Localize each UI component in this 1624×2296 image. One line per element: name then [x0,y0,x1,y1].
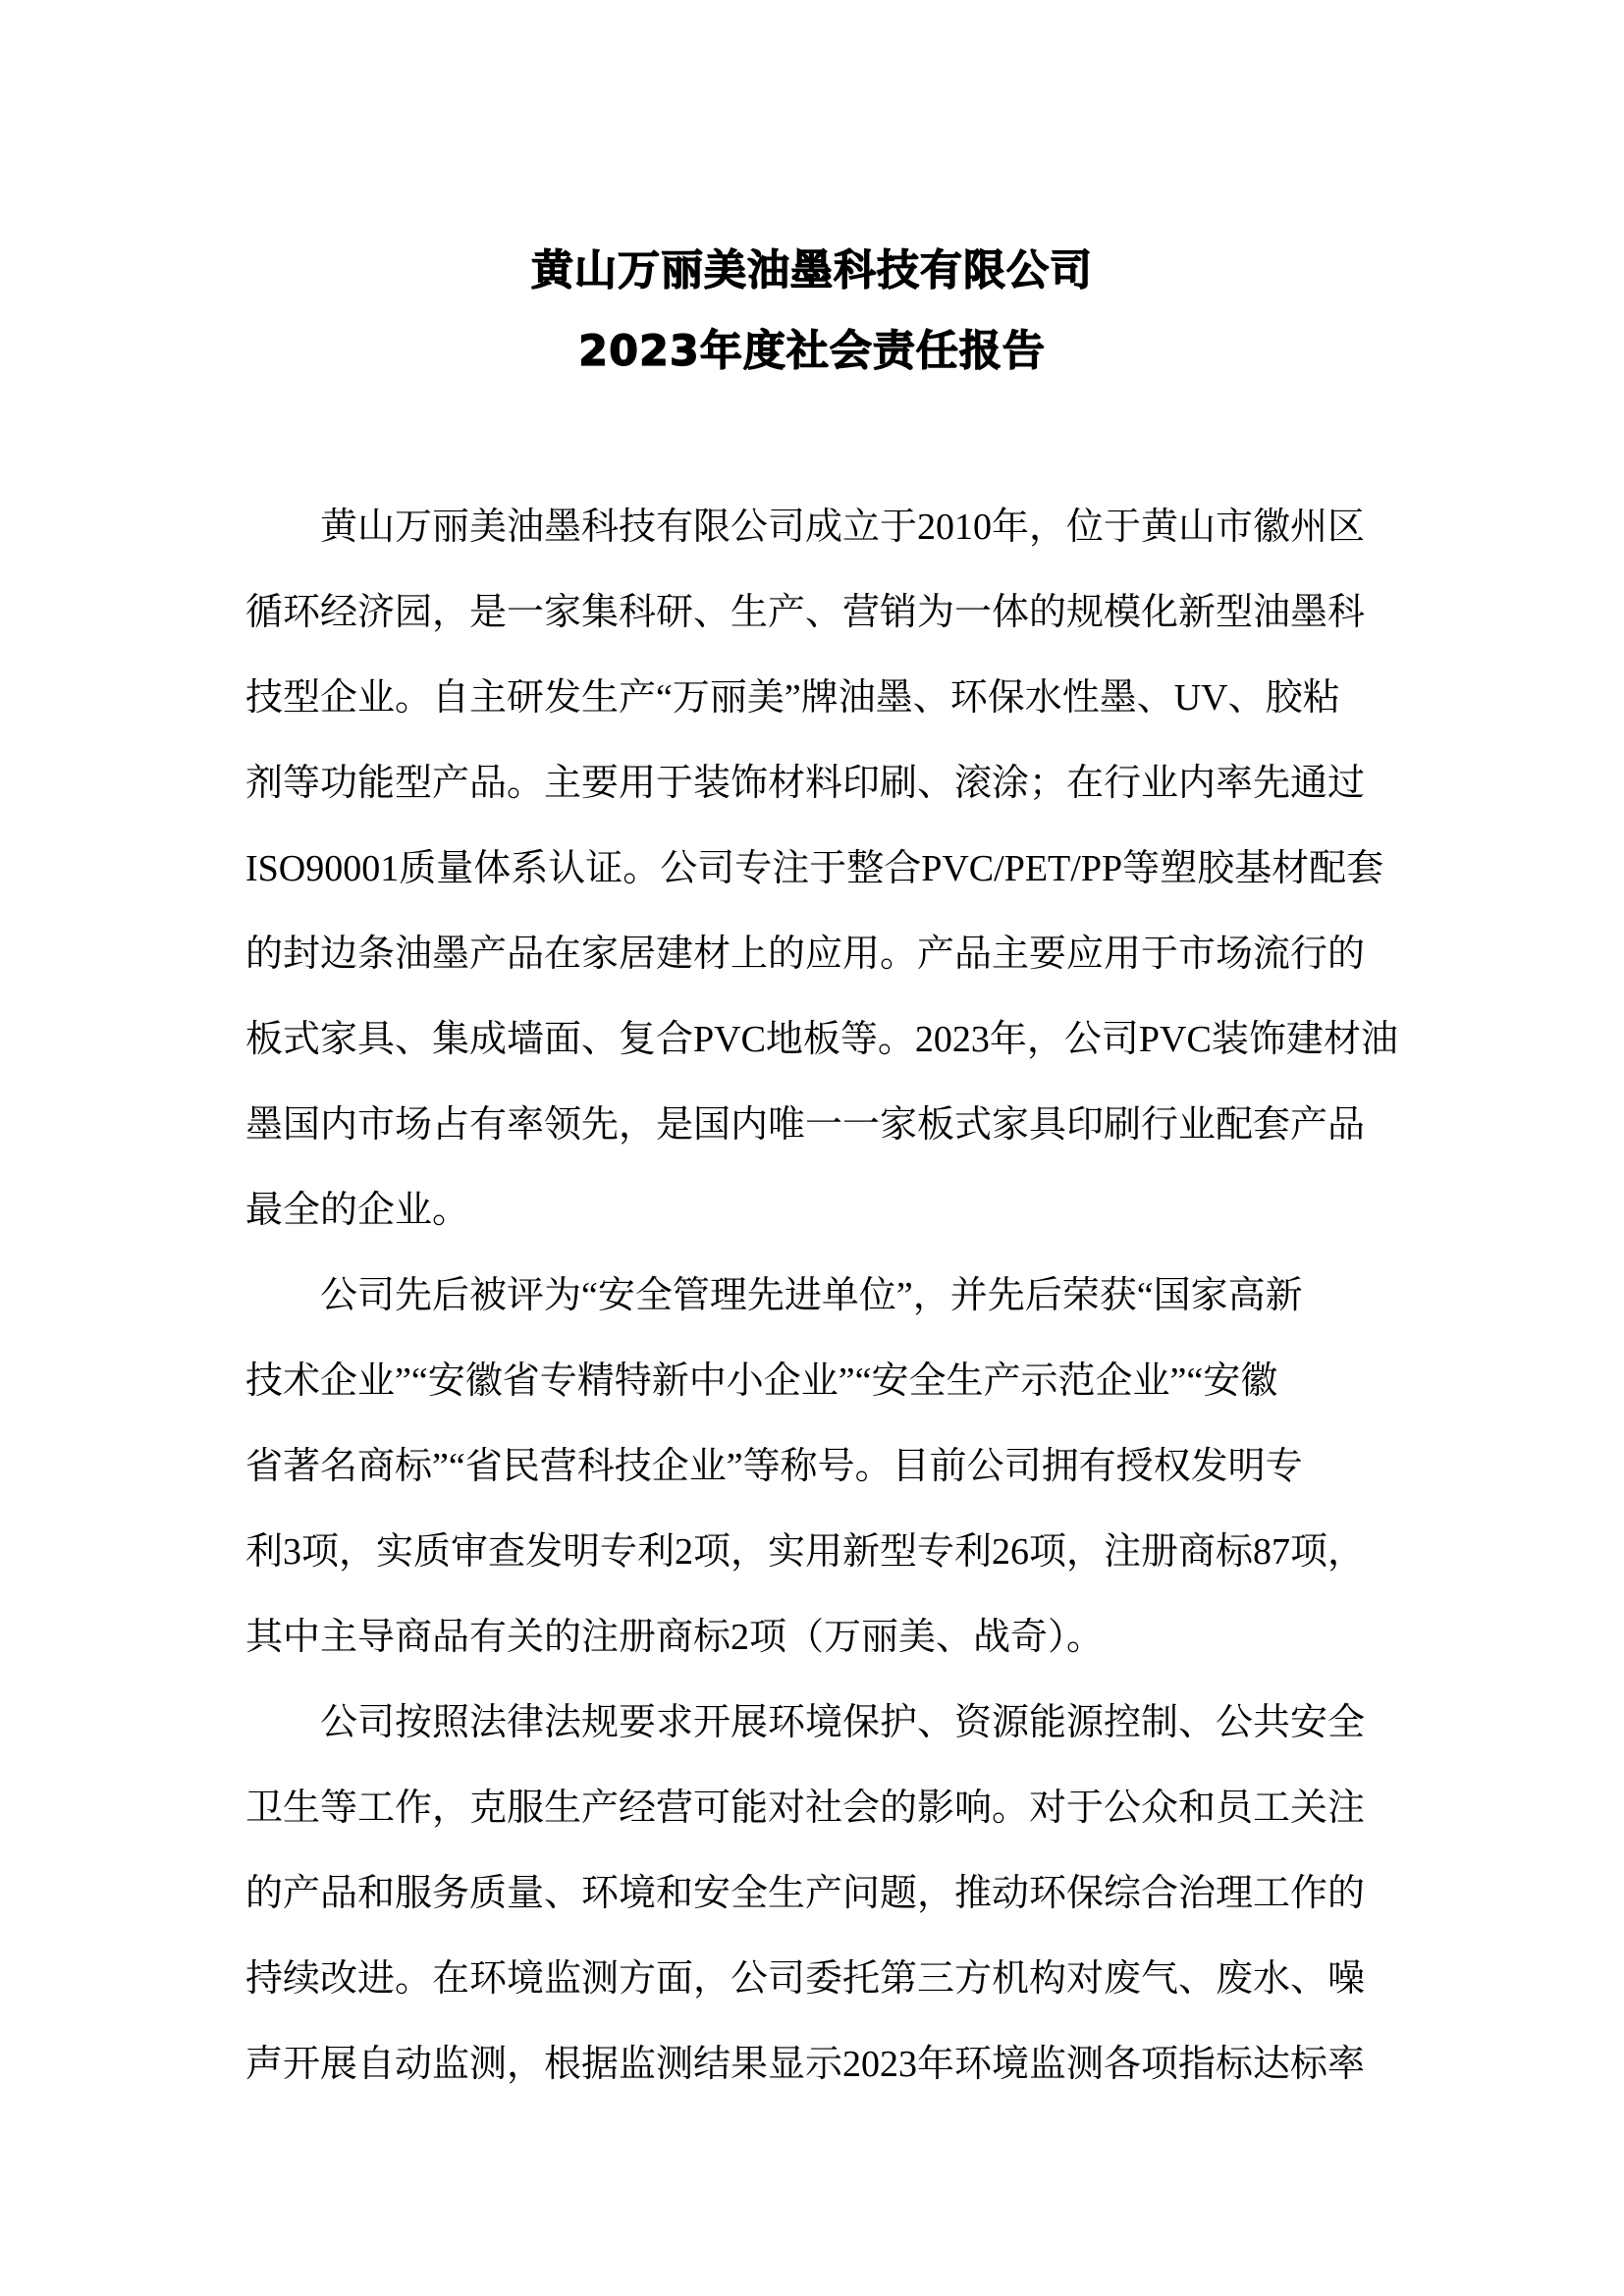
text-line: 卫生等工作，克服生产经营可能对社会的影响。对于公众和员工关注 [245,1766,1404,1851]
document-header: 黄山万丽美油墨科技有限公司 2023年度社会责任报告 [0,245,1624,377]
text-line: 技术企业”“安徽省专精特新中小企业”“安全生产示范企业”“安徽 [245,1339,1404,1424]
text-line: 的封边条油墨产品在家居建材上的应用。产品主要应用于市场流行的 [245,912,1404,997]
text-line: 公司先后被评为“安全管理先进单位”，并先后荣获“国家高新 [245,1254,1404,1339]
text-line: 最全的企业。 [245,1168,1404,1254]
paragraph: 黄山万丽美油墨科技有限公司成立于2010年，位于黄山市徽州区循环经济园，是一家集… [245,485,1404,1254]
text-line: 公司按照法律法规要求开展环境保护、资源能源控制、公共安全 [245,1681,1404,1766]
text-line: 剂等功能型产品。主要用于装饰材料印刷、滚涂；在行业内率先通过 [245,741,1404,827]
document-body: 黄山万丽美油墨科技有限公司成立于2010年，位于黄山市徽州区循环经济园，是一家集… [245,485,1404,2108]
text-line: 持续改进。在环境监测方面，公司委托第三方机构对废气、废水、噪 [245,1937,1404,2022]
text-line: 技型企业。自主研发生产“万丽美”牌油墨、环保水性墨、UV、胶粘 [245,656,1404,741]
text-line: ISO90001质量体系认证。公司专注于整合PVC/PET/PP等塑胶基材配套 [245,827,1404,912]
report-year-title: 2023年度社会责任报告 [0,326,1624,377]
text-line: 省著名商标”“省民营科技企业”等称号。目前公司拥有授权发明专 [245,1424,1404,1510]
paragraph: 公司按照法律法规要求开展环境保护、资源能源控制、公共安全卫生等工作，克服生产经营… [245,1681,1404,2108]
paragraph: 公司先后被评为“安全管理先进单位”，并先后荣获“国家高新技术企业”“安徽省专精特… [245,1254,1404,1681]
text-line: 板式家具、集成墙面、复合PVC地板等。2023年，公司PVC装饰建材油 [245,997,1404,1083]
report-company-title: 黄山万丽美油墨科技有限公司 [0,245,1624,296]
document-page: 黄山万丽美油墨科技有限公司 2023年度社会责任报告 黄山万丽美油墨科技有限公司… [0,0,1624,2296]
text-line: 其中主导商品有关的注册商标2项（万丽美、战奇）。 [245,1595,1404,1681]
text-line: 墨国内市场占有率领先，是国内唯一一家板式家具印刷行业配套产品 [245,1083,1404,1168]
text-line: 声开展自动监测，根据监测结果显示2023年环境监测各项指标达标率 [245,2022,1404,2108]
text-line: 的产品和服务质量、环境和安全生产问题，推动环保综合治理工作的 [245,1851,1404,1937]
text-line: 利3项，实质审查发明专利2项，实用新型专利26项，注册商标87项， [245,1510,1404,1595]
text-line: 循环经济园，是一家集科研、生产、营销为一体的规模化新型油墨科 [245,570,1404,656]
text-line: 黄山万丽美油墨科技有限公司成立于2010年，位于黄山市徽州区 [245,485,1404,570]
